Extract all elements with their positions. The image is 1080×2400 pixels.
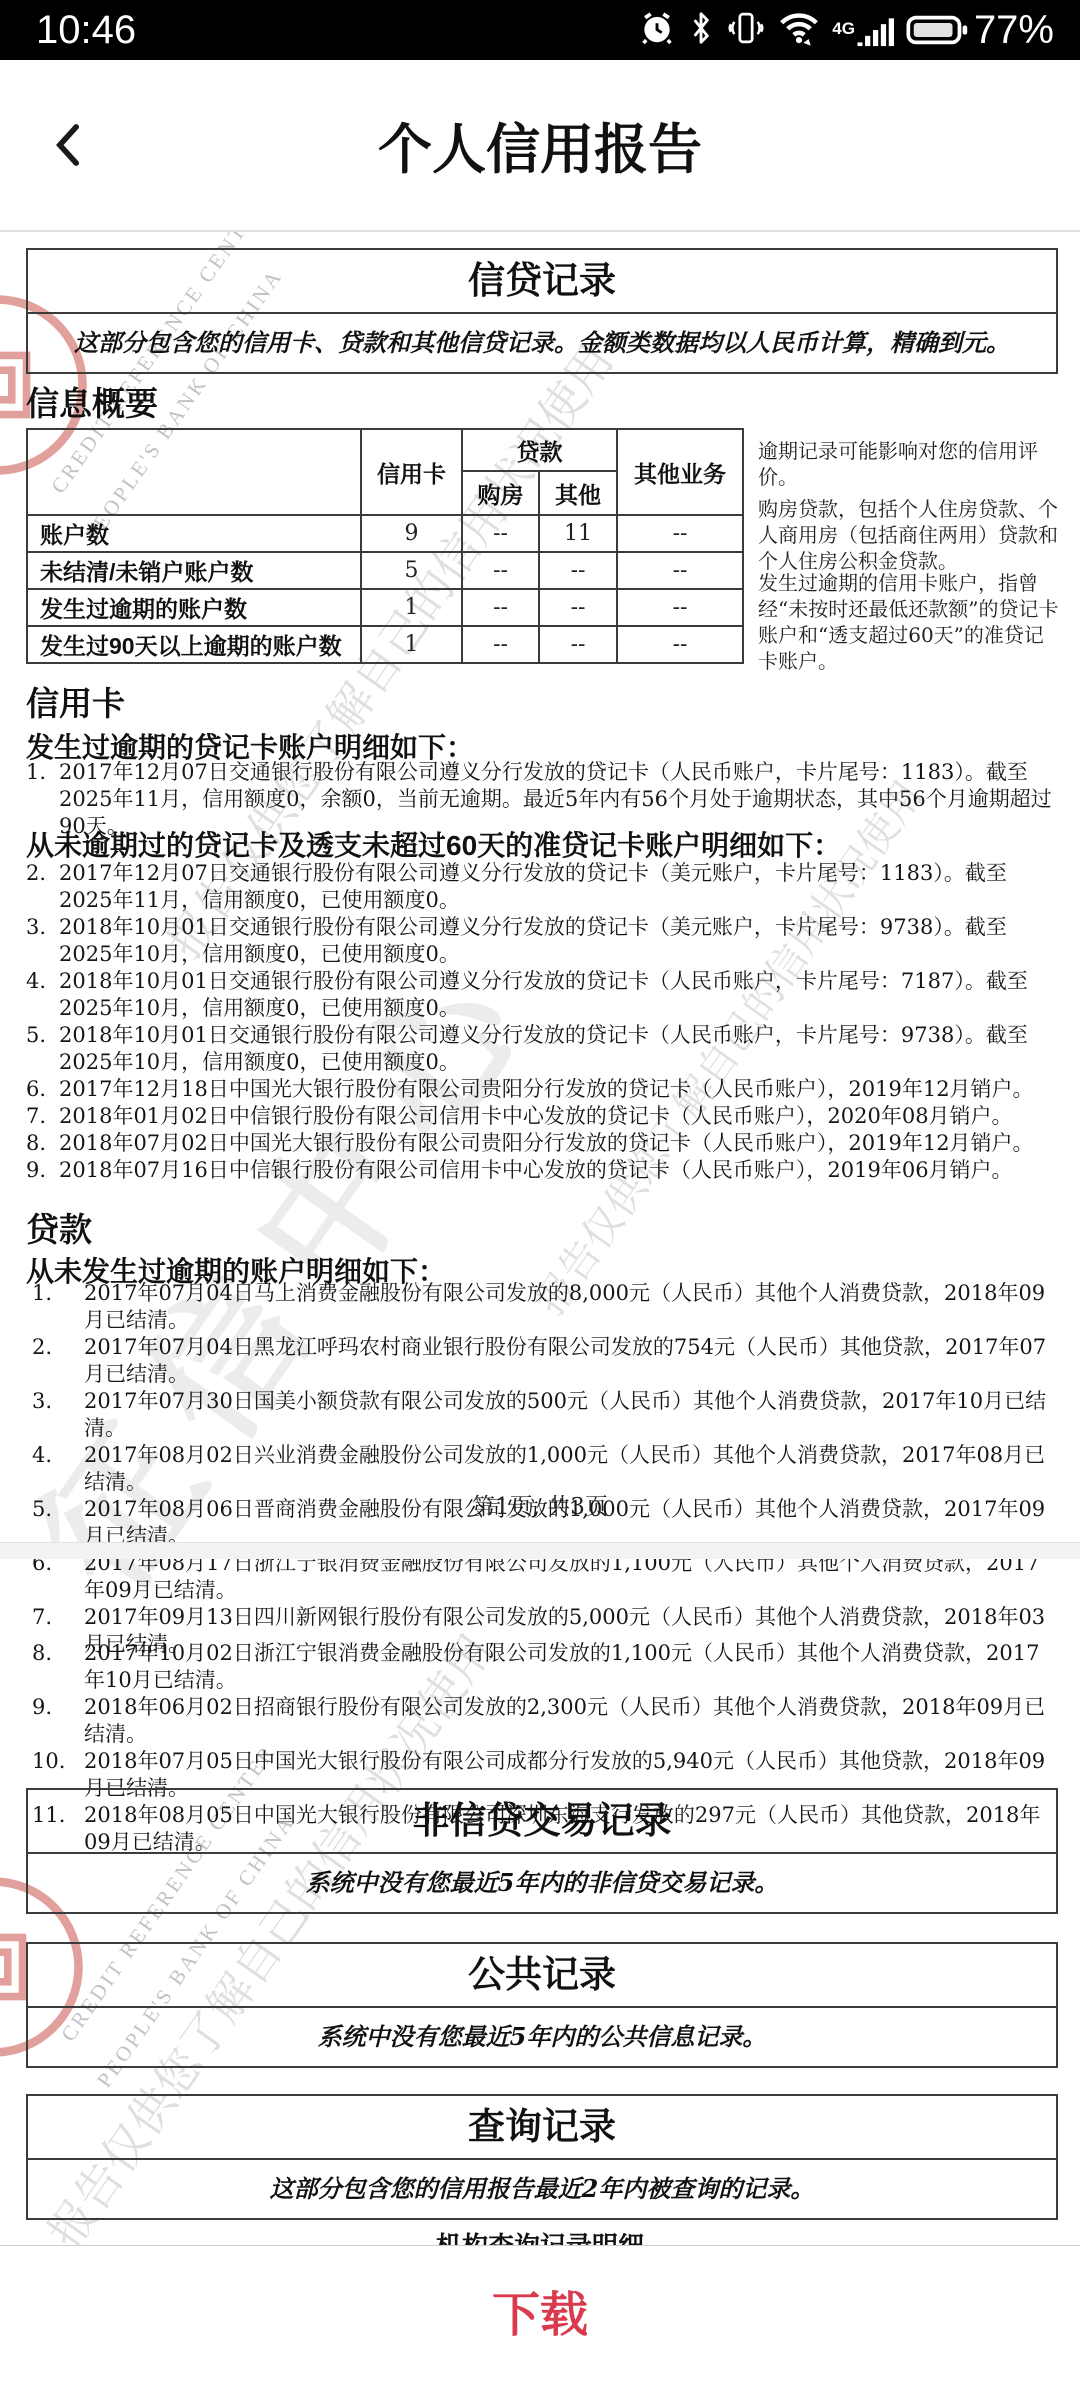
col-header-loan: 贷款 bbox=[462, 429, 617, 471]
cell-value: -- bbox=[539, 626, 617, 663]
chevron-left-icon bbox=[51, 122, 85, 168]
item-number: 1. bbox=[26, 759, 46, 786]
col-header-other: 其他 bbox=[539, 471, 617, 515]
item-text: 2017年08月02日兴业消费金融股份公司发放的1,000元（人民币）其他个人消… bbox=[84, 1443, 1045, 1494]
cellular-signal: 4G bbox=[832, 11, 894, 49]
cell-value: 1 bbox=[361, 589, 462, 626]
section-title: 查询记录 bbox=[28, 2096, 1056, 2158]
credit-records-section-box: 信贷记录 这部分包含您的信用卡、贷款和其他信贷记录。金额类数据均以人民币计算，精… bbox=[26, 248, 1058, 374]
page-number: 第1页, 共3页 bbox=[0, 1488, 1080, 1521]
table-row: 未结清/未销户账户数 5 -- -- -- bbox=[27, 552, 743, 589]
cell-value: -- bbox=[617, 515, 743, 552]
section-description: 这部分包含您的信用卡、贷款和其他信贷记录。金额类数据均以人民币计算，精确到元。 bbox=[28, 312, 1056, 372]
col-header-house: 购房 bbox=[462, 471, 539, 515]
item-number: 8. bbox=[32, 1640, 52, 1667]
item-number: 2. bbox=[26, 860, 46, 887]
cell-value: -- bbox=[462, 515, 539, 552]
cell-value: 11 bbox=[539, 515, 617, 552]
list-item: 7.2018年01月02日中信银行股份有限公司信用卡中心发放的贷记卡（人民币账户… bbox=[26, 1103, 1054, 1130]
back-button[interactable] bbox=[44, 117, 92, 173]
section-title: 公共记录 bbox=[28, 1944, 1056, 2006]
status-icons: 4G 77% bbox=[638, 8, 1054, 53]
cell-value: -- bbox=[617, 626, 743, 663]
table-note: 逾期记录可能影响对您的信用评价。 bbox=[758, 438, 1060, 490]
section-description: 系统中没有您最近5年内的非信贷交易记录。 bbox=[28, 1852, 1056, 1912]
item-text: 2018年10月01日交通银行股份有限公司遵义分行发放的贷记卡（人民币账户，卡片… bbox=[59, 969, 1028, 1020]
query-records-section-box: 查询记录 这部分包含您的信用报告最近2年内被查询的记录。 bbox=[26, 2094, 1058, 2220]
row-label: 未结清/未销户账户数 bbox=[27, 552, 361, 589]
query-detail-heading: 机构查询记录明细 bbox=[0, 2226, 1080, 2245]
never-overdue-subheading: 从未逾期过的贷记卡及透支未超过60天的准贷记卡账户明细如下： bbox=[26, 824, 841, 864]
item-text: 2018年07月16日中信银行股份有限公司信用卡中心发放的贷记卡（人民币账户），… bbox=[59, 1158, 1013, 1182]
item-text: 2017年07月30日国美小额贷款有限公司发放的500元（人民币）其他个人消费贷… bbox=[84, 1389, 1046, 1440]
col-header-other-business: 其他业务 bbox=[617, 429, 743, 515]
header-divider bbox=[0, 230, 1080, 232]
table-row: 发生过逾期的账户数 1 -- -- -- bbox=[27, 589, 743, 626]
alarm-icon bbox=[638, 9, 676, 51]
item-text: 2017年07月04日马上消费金融股份有限公司发放的8,000元（人民币）其他个… bbox=[84, 1281, 1045, 1332]
card-account-list: 2.2017年12月07日交通银行股份有限公司遵义分行发放的贷记卡（美元账户，卡… bbox=[26, 860, 1054, 1184]
row-label: 账户数 bbox=[27, 515, 361, 552]
list-item: 9.2018年07月16日中信银行股份有限公司信用卡中心发放的贷记卡（人民币账户… bbox=[26, 1157, 1054, 1184]
report-document: CREDIT REFERENCE CENTER PEOPLE'S BANK OF… bbox=[0, 232, 1080, 2245]
item-number: 3. bbox=[32, 1388, 52, 1415]
cell-value: -- bbox=[462, 552, 539, 589]
list-item: 2.2017年07月04日黑龙江呼玛农村商业银行股份有限公司发放的754元（人民… bbox=[26, 1334, 1054, 1388]
cell-value: -- bbox=[539, 552, 617, 589]
item-number: 1. bbox=[32, 1280, 52, 1307]
report-content: 信贷记录 这部分包含您的信用卡、贷款和其他信贷记录。金额类数据均以人民币计算，精… bbox=[0, 232, 1080, 2245]
item-text: 2017年07月04日黑龙江呼玛农村商业银行股份有限公司发放的754元（人民币）… bbox=[84, 1335, 1046, 1386]
item-number: 7. bbox=[26, 1103, 46, 1130]
page-title: 个人信用报告 bbox=[0, 107, 1080, 184]
cell-value: 5 bbox=[361, 552, 462, 589]
cell-value: 9 bbox=[361, 515, 462, 552]
row-label: 发生过逾期的账户数 bbox=[27, 589, 361, 626]
item-text: 2017年12月07日交通银行股份有限公司遵义分行发放的贷记卡（美元账户，卡片尾… bbox=[59, 861, 1007, 912]
non-credit-section-box: 非信贷交易记录 系统中没有您最近5年内的非信贷交易记录。 bbox=[26, 1788, 1058, 1914]
item-number: 9. bbox=[32, 1694, 52, 1721]
col-header-credit-card: 信用卡 bbox=[361, 429, 462, 515]
item-number: 2. bbox=[32, 1334, 52, 1361]
cell-value: -- bbox=[617, 552, 743, 589]
item-number: 3. bbox=[26, 914, 46, 941]
info-summary-table: 信用卡 贷款 其他业务 购房 其他 账户数 9 -- 11 -- 未结清/未销户… bbox=[26, 428, 744, 664]
section-description: 这部分包含您的信用报告最近2年内被查询的记录。 bbox=[28, 2158, 1056, 2218]
public-records-section-box: 公共记录 系统中没有您最近5年内的公共信息记录。 bbox=[26, 1942, 1058, 2068]
credit-card-heading: 信用卡 bbox=[26, 678, 125, 725]
cell-value: -- bbox=[462, 626, 539, 663]
bluetooth-icon bbox=[688, 9, 714, 51]
item-text: 2017年10月02日浙江宁银消费金融股份有限公司发放的1,100元（人民币）其… bbox=[84, 1641, 1039, 1692]
item-number: 8. bbox=[26, 1130, 46, 1157]
table-note: 发生过逾期的信用卡账户，指曾经“未按时还最低还款额”的贷记卡账户和“透支超过60… bbox=[758, 570, 1060, 674]
clock-time: 10:46 bbox=[36, 8, 136, 53]
item-text: 2017年12月18日中国光大银行股份有限公司贵阳分行发放的贷记卡（人民币账户）… bbox=[59, 1077, 1034, 1101]
phone-screen: 10:46 bbox=[0, 0, 1080, 2400]
list-item: 1.2017年07月04日马上消费金融股份有限公司发放的8,000元（人民币）其… bbox=[26, 1280, 1054, 1334]
item-number: 6. bbox=[26, 1076, 46, 1103]
item-number: 7. bbox=[32, 1604, 52, 1631]
download-button[interactable]: 下载 bbox=[492, 2286, 588, 2346]
list-item: 2.2017年12月07日交通银行股份有限公司遵义分行发放的贷记卡（美元账户，卡… bbox=[26, 860, 1054, 914]
network-type-label: 4G bbox=[832, 19, 855, 39]
app-header: 个人信用报告 bbox=[0, 60, 1080, 230]
cell-value: -- bbox=[462, 589, 539, 626]
item-number: 4. bbox=[32, 1442, 52, 1469]
list-item: 8.2018年07月02日中国光大银行股份有限公司贵阳分行发放的贷记卡（人民币账… bbox=[26, 1130, 1054, 1157]
section-title: 信贷记录 bbox=[28, 250, 1056, 312]
cell-value: -- bbox=[617, 589, 743, 626]
table-row: 发生过90天以上逾期的账户数 1 -- -- -- bbox=[27, 626, 743, 663]
page-break-divider bbox=[0, 1542, 1080, 1559]
item-text: 2018年01月02日中信银行股份有限公司信用卡中心发放的贷记卡（人民币账户），… bbox=[59, 1104, 1013, 1128]
list-item: 4.2018年10月01日交通银行股份有限公司遵义分行发放的贷记卡（人民币账户，… bbox=[26, 968, 1054, 1022]
list-item: 3.2018年10月01日交通银行股份有限公司遵义分行发放的贷记卡（美元账户，卡… bbox=[26, 914, 1054, 968]
list-item: 6.2017年12月18日中国光大银行股份有限公司贵阳分行发放的贷记卡（人民币账… bbox=[26, 1076, 1054, 1103]
status-bar: 10:46 bbox=[0, 0, 1080, 60]
bottom-action-bar: 下载 bbox=[0, 2245, 1080, 2400]
section-title: 非信贷交易记录 bbox=[28, 1790, 1056, 1852]
signal-bars-icon bbox=[856, 11, 894, 49]
row-label: 发生过90天以上逾期的账户数 bbox=[27, 626, 361, 663]
item-number: 10. bbox=[32, 1748, 65, 1775]
list-item: 3.2017年07月30日国美小额贷款有限公司发放的500元（人民币）其他个人消… bbox=[26, 1388, 1054, 1442]
cell-value: -- bbox=[539, 589, 617, 626]
item-number: 9. bbox=[26, 1157, 46, 1184]
list-item: 8.2017年10月02日浙江宁银消费金融股份有限公司发放的1,100元（人民币… bbox=[26, 1640, 1054, 1694]
battery-icon bbox=[906, 11, 968, 49]
item-text: 2018年10月01日交通银行股份有限公司遵义分行发放的贷记卡（美元账户，卡片尾… bbox=[59, 915, 1007, 966]
table-note: 购房贷款，包括个人住房贷款、个人商用房（包括商住两用）贷款和个人住房公积金贷款。 bbox=[758, 496, 1060, 574]
item-text: 2018年06月02日招商银行股份有限公司发放的2,300元（人民币）其他个人消… bbox=[84, 1695, 1045, 1746]
list-item: 5.2018年10月01日交通银行股份有限公司遵义分行发放的贷记卡（人民币账户，… bbox=[26, 1022, 1054, 1076]
table-corner-cell bbox=[27, 429, 361, 515]
loan-list-page1: 1.2017年07月04日马上消费金融股份有限公司发放的8,000元（人民币）其… bbox=[26, 1280, 1054, 1658]
section-description: 系统中没有您最近5年内的公共信息记录。 bbox=[28, 2006, 1056, 2066]
item-text: 2018年10月01日交通银行股份有限公司遵义分行发放的贷记卡（人民币账户，卡片… bbox=[59, 1023, 1028, 1074]
item-number: 4. bbox=[26, 968, 46, 995]
info-summary-heading: 信息概要 bbox=[26, 378, 158, 425]
table-row: 账户数 9 -- 11 -- bbox=[27, 515, 743, 552]
battery-percent: 77% bbox=[974, 8, 1054, 53]
cell-value: 1 bbox=[361, 626, 462, 663]
wifi-icon bbox=[778, 9, 820, 51]
list-item: 9.2018年06月02日招商银行股份有限公司发放的2,300元（人民币）其他个… bbox=[26, 1694, 1054, 1748]
loan-heading: 贷款 bbox=[26, 1204, 92, 1251]
item-number: 5. bbox=[26, 1022, 46, 1049]
item-text: 2018年07月02日中国光大银行股份有限公司贵阳分行发放的贷记卡（人民币账户）… bbox=[59, 1131, 1034, 1155]
battery-indicator: 77% bbox=[906, 8, 1054, 53]
vibrate-icon bbox=[726, 9, 766, 51]
